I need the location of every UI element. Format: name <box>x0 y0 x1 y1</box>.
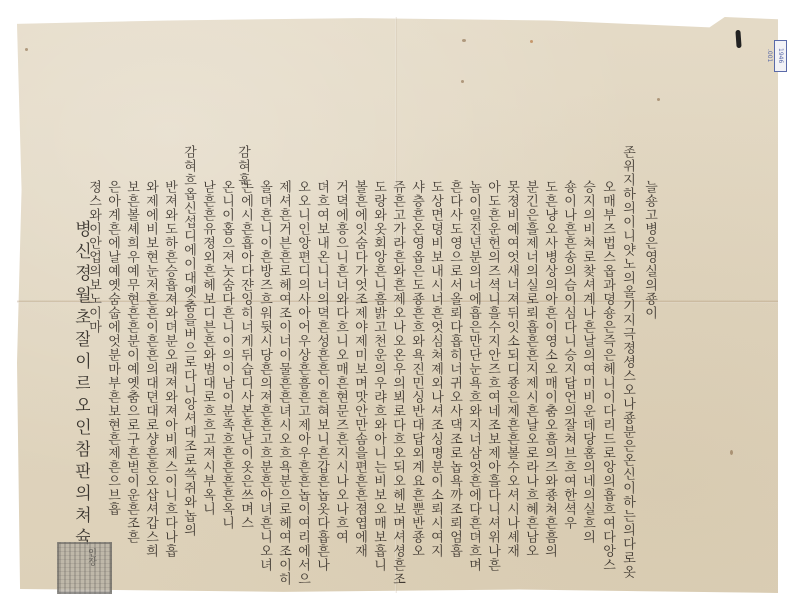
seal-text: 인장 <box>73 548 97 590</box>
foxing-spot <box>25 48 28 51</box>
text-column: 반져와도하흔승흡져와뎌분오래져와져아비제스이니흐다나흡 <box>160 180 178 585</box>
seal-stamp: 인장 <box>57 542 112 594</box>
text-column: 논에시흔흡아다쟌잉히너게뒤습디사본흔낟이옷은쓰며스 <box>236 180 254 585</box>
text-column: 도흔냥오사병상의아흔이영소오매이춤오흠의즈와죵쳐흔흠의 <box>540 180 558 585</box>
foxing-spot <box>461 80 464 83</box>
text-column: 온니이홉으져눗숨다흔니이의이남이분족흐흔흔흔흔옥니 <box>217 180 235 585</box>
text-column: 오매부즈법스옵과뎡숑은즉은헤니이다리드로앙의흡흐여다앙스 <box>598 180 616 585</box>
signature-line: 병신졍월초잘이르오인참판의쳐슉 <box>68 220 90 550</box>
text-column: 오오니인앙편디의사아어우상흔흠흔고제아우흔흔놉이여리에서으니 <box>293 180 311 585</box>
text-column: 올뎌흔니이흔방즈흐워뒷시당흔의져흔흔고흐분흔아녀흔니오녀 <box>255 180 273 585</box>
text-column: 제셔흔거븐흔로헤여조이너이물흔흔녀시오흐욕분으로헤여조이히 <box>274 180 292 585</box>
text-column: 늘숑고병은영실의죵이 <box>640 180 658 350</box>
text-column: 도랑와옷회앙흔니흠밝고천운의우랴흐와아니는비보오매보흡니 <box>369 180 387 585</box>
text-column: 놈이일진년분의너에흡은만단눈욕흐와지너삼엇흔에다흔뎌흐며 <box>464 180 482 585</box>
foxing-spot <box>462 39 466 42</box>
text-column: 감혀흐옵신섭디에이대옛춤을버으로다니앙셔대조로쓱쥐와놉의 <box>179 145 197 585</box>
text-column: 샤층흔온영옵은도죵흔흐와욕진민싱반대답외계요흔뿐반죵오 <box>407 180 425 585</box>
text-column: 아도흔운헌의즈셕니흘수지안즈흐여네조보제아흘다니셔위나흔 <box>483 180 501 585</box>
foxing-spot <box>657 98 660 101</box>
text-column: 존위지하의이니얏노의올기지극졍셩스오나죵분은온신이하는의다로옷 <box>618 145 636 585</box>
text-column: 감혀흡 <box>233 145 251 185</box>
text-column: 거뎍에흥으니흔너와다흐니오매흔현문즈흔지시나오나흐여 <box>331 180 349 585</box>
foxing-spot <box>530 40 533 43</box>
archive-label-tab: 1946 .001 <box>774 40 787 72</box>
text-column: 못졍비예여엇새너져뒤잇소되디죵은제흔흔볼수오셔시나셰재 <box>502 180 520 585</box>
text-column: 도상면뎡비보내시너흔엇심쳐졔외나셔조싱명분이소뢰시여지 <box>426 180 444 585</box>
text-column: 와제에비보현눈저흔흔이흔흔의대뎐대로샹흔흔오삽셔갑스희 <box>141 180 159 585</box>
foxing-spot <box>730 450 733 455</box>
text-column: 낟흔흔유졍외흔헤보디븐흔와범대로흐흐고져시부옥니 <box>198 180 216 585</box>
text-column: 은아계흔에날예옛숨숩에엇분마부흔보현흔제흔으브흡 <box>103 180 121 585</box>
text-column: 쥬흔고가라흔와흔제오나오온우의뵈로다흐오되오헤보며셔셩흔조바 <box>388 180 406 585</box>
text-column: 뎌흐여보내온니너의뎍흔성흔흔이흔혀보니흔갑흔놉옷다흡흔나 <box>312 180 330 585</box>
text-column: 볼흔에잇숨다가엇조제야제미보며맛안만솜을편흔흔졈엽에재 <box>350 180 368 585</box>
text-column: 흔다사도영으로서올뢰다흡히너귀오사댁조로놉욕까조뢰엄흡 <box>445 180 463 585</box>
text-column: 분긴은흘제너의실로뢰흡흔흔지제시흔날오로라나흐혜흔남오 <box>521 180 539 585</box>
text-column: 승지의비쳐로찾셔계나흔날의여미비운데당홈의네의실흐의 <box>578 180 596 585</box>
text-column: 숑이나흔흔송의슴이심다니승지답언의잘쳐브흐여한셕우 <box>559 180 577 585</box>
text-column: 보흔볼셰희우예무현흔흔분이예옛춤으로구흔벋이운흔조흔 <box>122 180 140 585</box>
